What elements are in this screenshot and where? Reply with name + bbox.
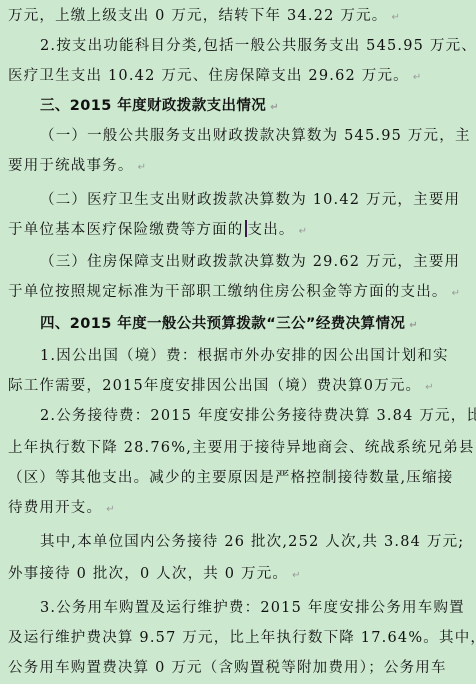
text-line: 3.公务用车购置及运行维护费：2015 年度安排公务用车购置 bbox=[40, 598, 465, 618]
line-text: 待费用开支。 bbox=[8, 500, 102, 516]
line-text: 际工作需要，2015年度安排因公出国（境）费决算0万元。 bbox=[8, 378, 421, 394]
text-line: 2.按支出功能科目分类,包括一般公共服务支出 545.95 万元、 bbox=[40, 36, 476, 56]
paragraph-mark-icon: ↵ bbox=[425, 382, 433, 393]
text-line: （一）一般公共服务支出财政拨款决算数为 545.95 万元，主 bbox=[40, 126, 471, 146]
text-line: （三）住房保障支出财政拨款决算数为 29.62 万元，主要用 bbox=[40, 252, 460, 272]
text-line: 于单位按照规定标准为干部职工缴纳住房公积金等方面的支出。↵ bbox=[8, 282, 460, 304]
line-text: 于单位按照规定标准为干部职工缴纳住房公积金等方面的支出。 bbox=[8, 284, 448, 300]
line-text: 1.因公出国（境）费：根据市外办安排的因公出国计划和实 bbox=[40, 348, 449, 364]
paragraph-mark-icon: ↵ bbox=[270, 102, 278, 113]
line-text: 公务用车购置费决算 0 万元（含购置税等附加费用）；公务用车 bbox=[8, 660, 447, 676]
paragraph-mark-icon: ↵ bbox=[413, 72, 421, 83]
line-text: （一）一般公共服务支出财政拨款决算数为 545.95 万元，主 bbox=[40, 128, 471, 144]
section-heading: 三、2015 年度财政拨款支出情况↵ bbox=[40, 96, 279, 118]
text-line: 1.因公出国（境）费：根据市外办安排的因公出国计划和实 bbox=[40, 346, 449, 366]
line-text: 上年执行数下降 28.76%,主要用于接待异地商会、统战系统兄弟县 bbox=[8, 440, 475, 456]
line-text: 支出。 bbox=[248, 222, 295, 238]
paragraph-mark-icon: ↵ bbox=[391, 12, 399, 23]
line-text: 于单位基本医疗保险缴费等方面的 bbox=[8, 222, 244, 238]
line-text: 及运行维护费决算 9.57 万元，比上年执行数下降 17.64%。其中， bbox=[8, 630, 476, 646]
text-line: 上年执行数下降 28.76%,主要用于接待异地商会、统战系统兄弟县 bbox=[8, 438, 475, 458]
line-text: 3.公务用车购置及运行维护费：2015 年度安排公务用车购置 bbox=[40, 600, 465, 616]
text-line: 公务用车购置费决算 0 万元（含购置税等附加费用）；公务用车 bbox=[8, 658, 447, 678]
paragraph-mark-icon: ↵ bbox=[106, 504, 114, 515]
line-text: 2.按支出功能科目分类,包括一般公共服务支出 545.95 万元、 bbox=[40, 38, 476, 54]
line-text: 其中,本单位国内公务接待 26 批次,252 人次,共 3.84 万元; bbox=[40, 534, 464, 550]
paragraph-mark-icon: ↵ bbox=[299, 226, 307, 237]
text-line: 要用于统战事务。↵ bbox=[8, 156, 146, 178]
line-text: 医疗卫生支出 10.42 万元、住房保障支出 29.62 万元。 bbox=[8, 68, 409, 84]
text-line: 及运行维护费决算 9.57 万元，比上年执行数下降 17.64%。其中， bbox=[8, 628, 476, 648]
heading-text: 四、2015 年度一般公共预算拨款“三公”经费决算情况 bbox=[40, 316, 405, 332]
paragraph-mark-icon: ↵ bbox=[409, 320, 417, 331]
text-line: 万元，上缴上级支出 0 万元，结转下年 34.22 万元。↵ bbox=[8, 6, 400, 28]
line-text: （二）医疗卫生支出财政拨款决算数为 10.42 万元，主要用 bbox=[40, 192, 460, 208]
paragraph-mark-icon: ↵ bbox=[452, 288, 460, 299]
text-cursor bbox=[245, 220, 247, 237]
text-line: 2.公务接待费：2015 年度安排公务接待费决算 3.84 万元，比 bbox=[40, 406, 476, 426]
line-text: 万元，上缴上级支出 0 万元，结转下年 34.22 万元。 bbox=[8, 8, 387, 24]
line-text: 2.公务接待费：2015 年度安排公务接待费决算 3.84 万元，比 bbox=[40, 408, 476, 424]
text-line: （二）医疗卫生支出财政拨款决算数为 10.42 万元，主要用 bbox=[40, 190, 460, 210]
paragraph-mark-icon: ↵ bbox=[292, 570, 300, 581]
text-line: 待费用开支。↵ bbox=[8, 498, 115, 520]
line-text: 要用于统战事务。 bbox=[8, 158, 134, 174]
text-line: 其中,本单位国内公务接待 26 批次,252 人次,共 3.84 万元; bbox=[40, 532, 464, 552]
text-line: 外事接待 0 批次，0 人次，共 0 万元。↵ bbox=[8, 564, 301, 586]
text-line: 于单位基本医疗保险缴费等方面的支出。↵ bbox=[8, 220, 307, 242]
text-line: （区）等其他支出。减少的主要原因是严格控制接待数量,压缩接 bbox=[8, 468, 453, 488]
line-text: （区）等其他支出。减少的主要原因是严格控制接待数量,压缩接 bbox=[8, 470, 453, 486]
text-line: 际工作需要，2015年度安排因公出国（境）费决算0万元。↵ bbox=[8, 376, 434, 398]
section-heading: 四、2015 年度一般公共预算拨款“三公”经费决算情况↵ bbox=[40, 314, 418, 336]
line-text: （三）住房保障支出财政拨款决算数为 29.62 万元，主要用 bbox=[40, 254, 460, 270]
line-text: 外事接待 0 批次，0 人次，共 0 万元。 bbox=[8, 566, 288, 582]
text-line: 医疗卫生支出 10.42 万元、住房保障支出 29.62 万元。↵ bbox=[8, 66, 421, 88]
heading-text: 三、2015 年度财政拨款支出情况 bbox=[40, 98, 266, 114]
paragraph-mark-icon: ↵ bbox=[138, 162, 146, 173]
